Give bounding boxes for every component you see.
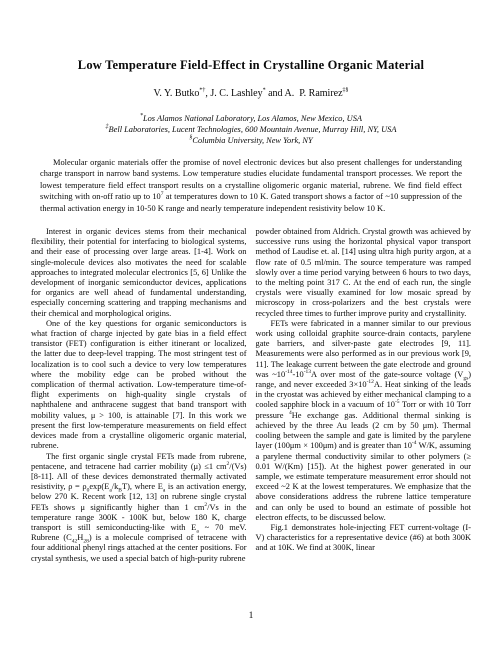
paragraph-key-questions: One of the key questions for organic sem… [31,319,247,452]
body-columns: Interest in organic devices stems from t… [31,227,471,564]
paragraph-fig1: Fig.1 demonstrates hole-injecting FET cu… [256,523,472,554]
paragraph-intro: Interest in organic devices stems from t… [31,227,247,319]
authors-line: V. Y. Butko*†, J. C. Lashley* and A. P. … [31,88,471,99]
paragraph-crystal-growth: powder obtained from Aldrich. Crystal gr… [256,227,472,319]
paragraph-fabrication: FETs were fabricated in a manner similar… [256,319,472,523]
affiliations-block: *Los Alamos National Laboratory, Los Ala… [31,113,471,146]
affiliation-line-bell: ‡Bell Laboratories, Lucent Technologies,… [31,124,471,135]
paper-page: Low Temperature Field-Effect in Crystall… [0,0,502,649]
paper-title: Low Temperature Field-Effect in Crystall… [31,58,471,73]
paragraph-first-fets: The first organic single crystal FETs ma… [31,452,247,564]
affiliation-line-losalamos: *Los Alamos National Laboratory, Los Ala… [31,113,471,124]
body-right-column: powder obtained from Aldrich. Crystal gr… [256,227,472,564]
page-number: 1 [0,611,502,621]
affiliation-line-columbia: §Columbia University, New York, NY [31,135,471,146]
body-left-column: Interest in organic devices stems from t… [31,227,247,564]
abstract-text: Molecular organic materials offer the pr… [40,157,462,214]
